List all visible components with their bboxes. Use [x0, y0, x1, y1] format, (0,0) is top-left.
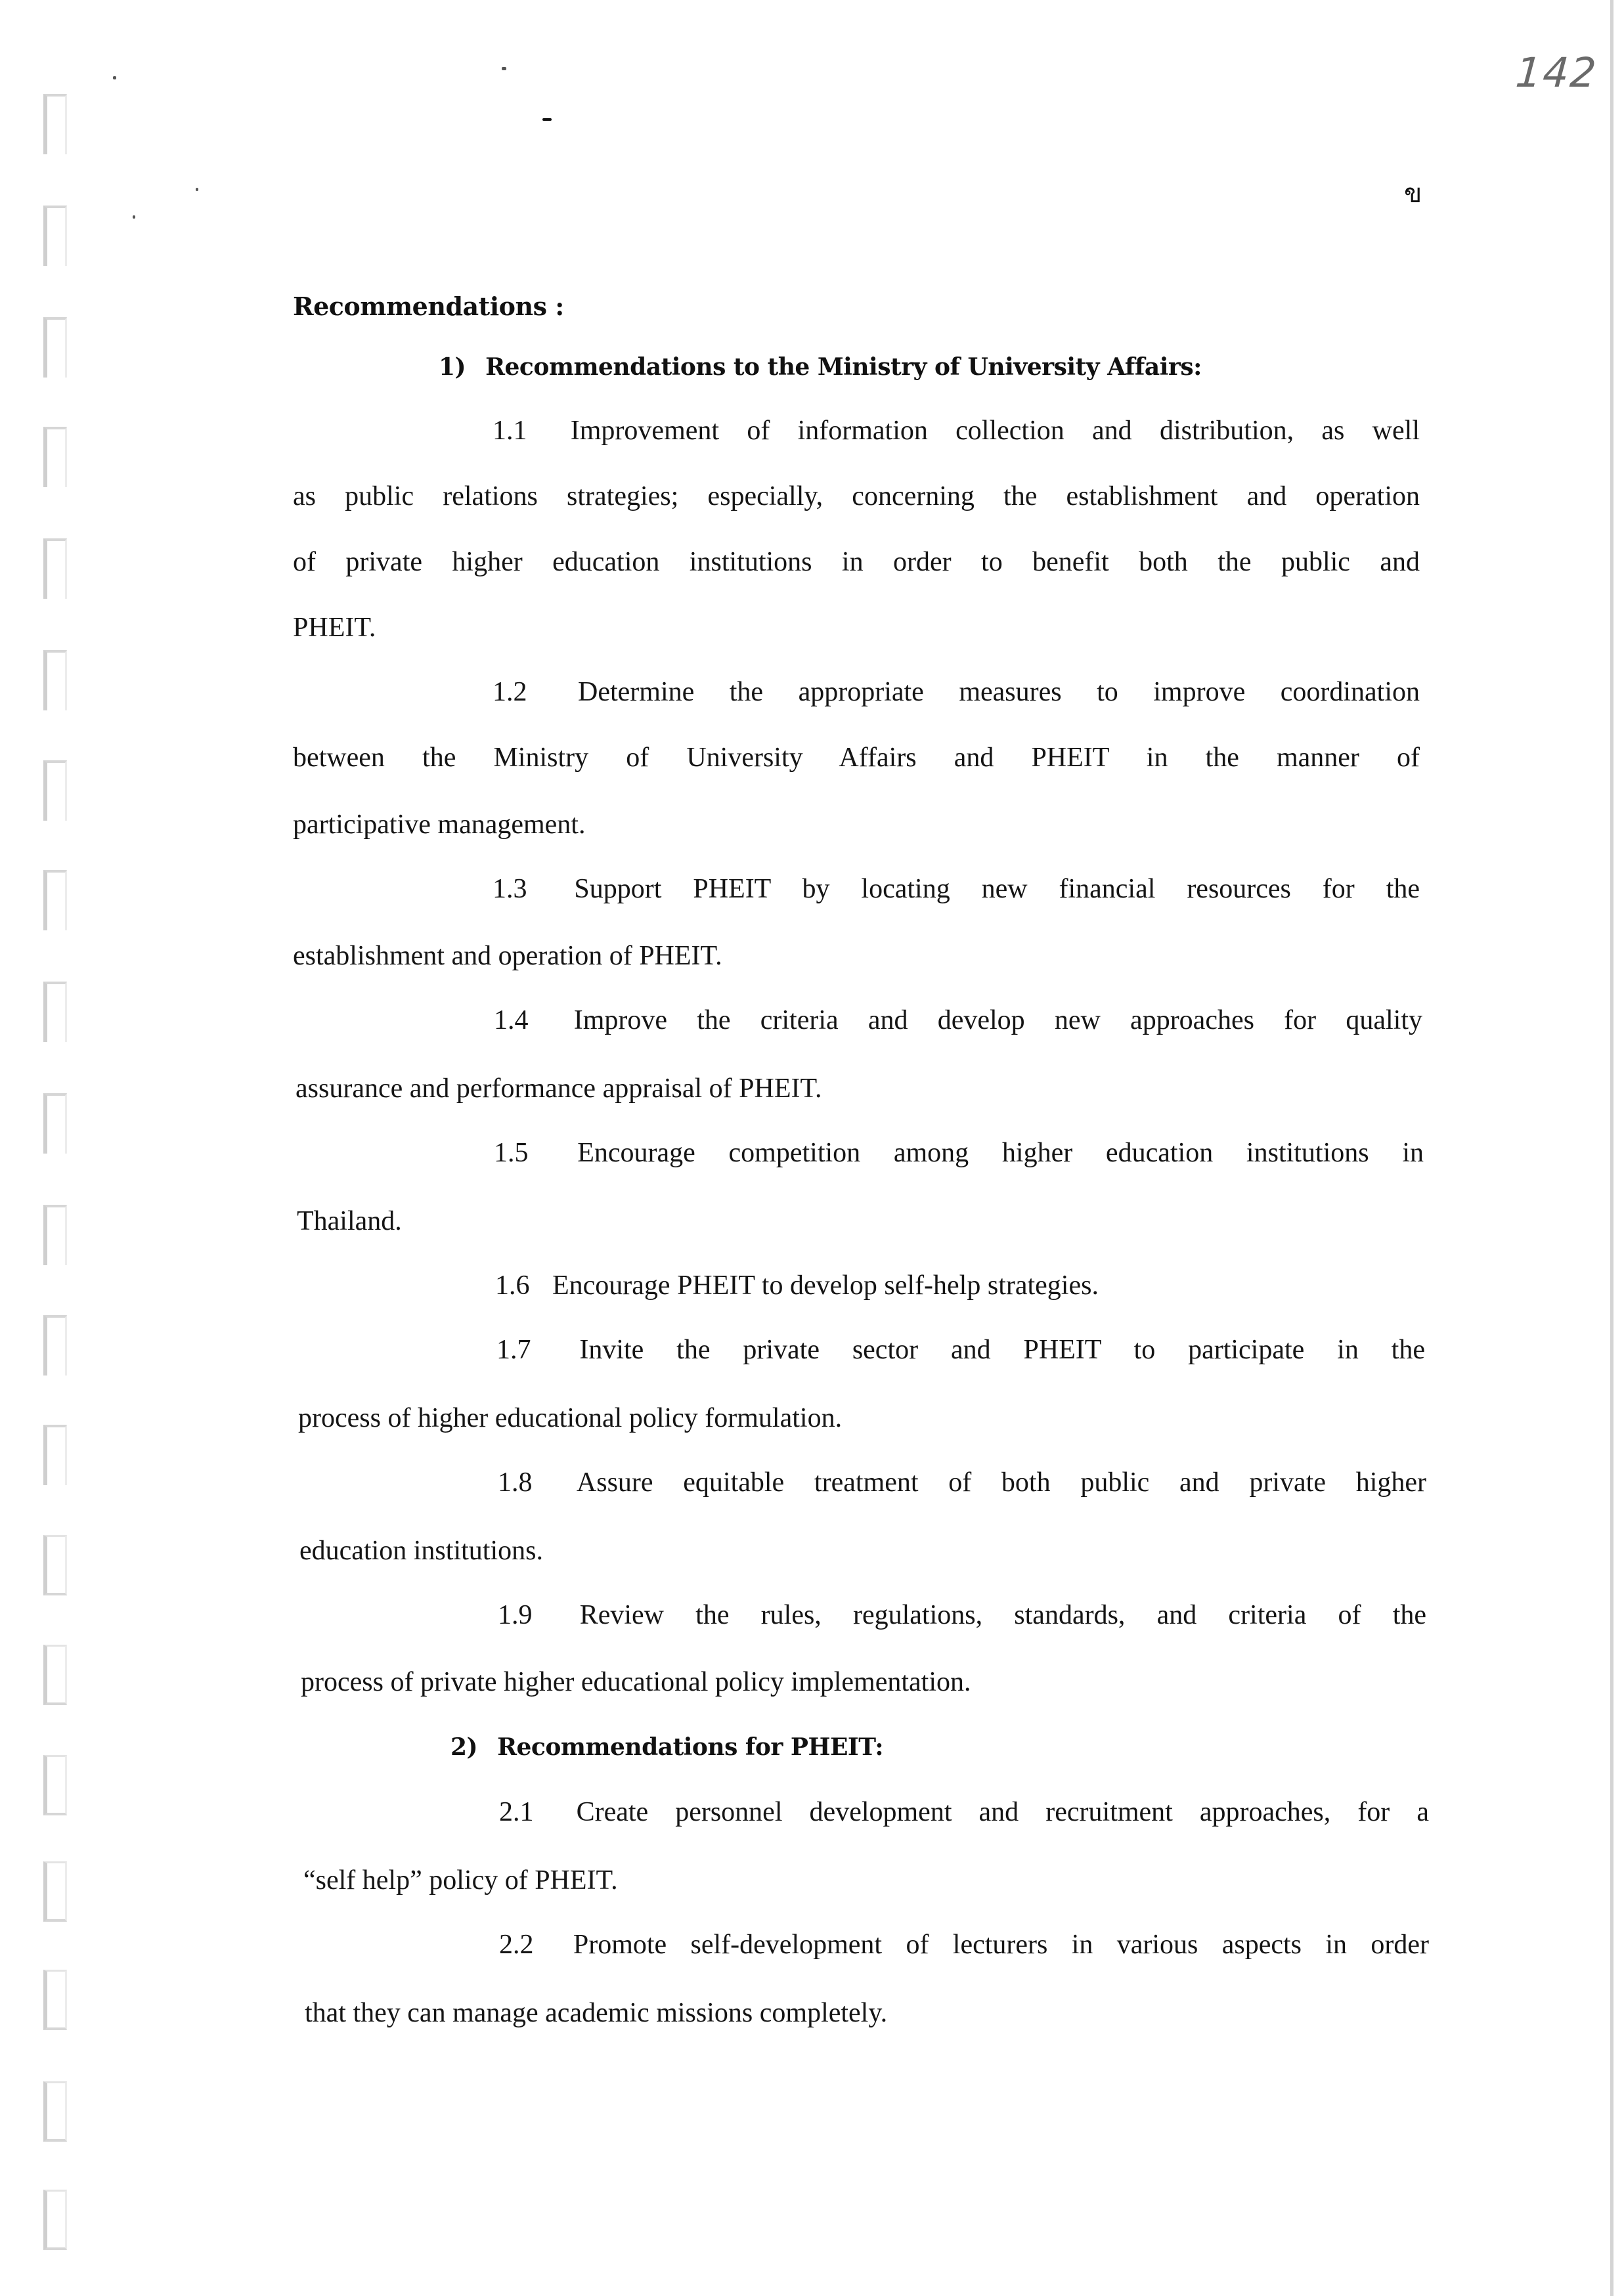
binding-hole-mark [43, 1755, 67, 1815]
binding-hole-mark [43, 1535, 67, 1595]
item-number: 2.1 [499, 1797, 534, 1827]
item-text: Encourage PHEIT to develop self-help str… [552, 1270, 1099, 1301]
binding-hole-mark [43, 317, 67, 378]
thai-page-marker: ข [1404, 172, 1422, 214]
item-text: Support PHEIT by locating new financial … [574, 874, 1420, 904]
item-1-1-line-2: as public relations strategies; especial… [293, 481, 1420, 512]
section-heading: 2)Recommendations for PHEIT: [450, 1733, 883, 1761]
item-1-9-line-2: process of private higher educational po… [301, 1666, 971, 1698]
scan-edge-line [1610, 0, 1613, 2296]
scan-speck [133, 215, 135, 219]
binding-hole-mark [43, 1425, 67, 1485]
item-2-2-line-2: that they can manage academic missions c… [305, 1997, 887, 2029]
item-1-2-line-1: 1.2 Determine the appropriate measures t… [493, 676, 1420, 708]
document-title: Recommendations : [293, 292, 564, 321]
item-1-1-line-4: PHEIT. [293, 612, 376, 643]
item-1-2-line-2: between the Ministry of University Affai… [293, 742, 1420, 773]
item-1-4-line-2: assurance and performance appraisal of P… [296, 1073, 822, 1104]
item-1-8-line-1: 1.8 Assure equitable treatment of both p… [498, 1467, 1426, 1498]
scan-speck [113, 76, 116, 79]
item-1-7-line-2: process of higher educational policy for… [298, 1402, 842, 1434]
section-heading: 1)Recommendations to the Ministry of Uni… [439, 353, 1202, 381]
item-number: 1.4 [494, 1005, 529, 1035]
section-title: Recommendations for PHEIT: [497, 1733, 883, 1761]
item-text: Invite the private sector and PHEIT to p… [579, 1335, 1425, 1365]
item-number: 2.2 [499, 1930, 534, 1960]
item-number: 1.9 [498, 1600, 533, 1630]
item-number: 1.7 [496, 1335, 531, 1365]
binding-hole-mark [43, 2190, 67, 2250]
binding-hole-mark [43, 650, 67, 710]
item-text: Determine the appropriate measures to im… [578, 677, 1420, 707]
scan-speck [542, 118, 552, 121]
binding-hole-mark [43, 1205, 67, 1265]
item-1-8-line-2: education institutions. [299, 1535, 543, 1567]
item-number: 1.5 [494, 1138, 529, 1168]
item-2-1-line-2: “self help” policy of PHEIT. [303, 1865, 618, 1896]
binding-hole-mark [43, 206, 67, 266]
binding-hole-mark [43, 1861, 67, 1922]
item-1-4-line-1: 1.4 Improve the criteria and develop new… [494, 1005, 1422, 1036]
binding-hole-mark [43, 538, 67, 599]
item-1-6-line-1: 1.6 Encourage PHEIT to develop self-help… [495, 1270, 1099, 1301]
item-1-5-line-2: Thailand. [297, 1205, 402, 1237]
binding-hole-mark [43, 870, 67, 930]
item-text: Create personnel development and recruit… [577, 1797, 1429, 1827]
binding-hole-mark [43, 1315, 67, 1375]
scan-speck [196, 188, 198, 191]
binding-hole-mark [43, 94, 67, 154]
item-text: Assure equitable treatment of both publi… [577, 1467, 1426, 1498]
item-number: 1.3 [493, 874, 527, 904]
item-1-9-line-1: 1.9 Review the rules, regulations, stand… [498, 1599, 1426, 1631]
section-title: Recommendations to the Ministry of Unive… [485, 353, 1202, 381]
binding-hole-mark [43, 1970, 67, 2030]
item-number: 1.6 [495, 1270, 530, 1301]
item-text: Encourage competition among higher educa… [577, 1138, 1424, 1168]
item-1-3-line-1: 1.3 Support PHEIT by locating new financ… [493, 873, 1420, 905]
item-text: Improve the criteria and develop new app… [574, 1005, 1422, 1035]
item-text: Review the rules, regulations, standards… [580, 1600, 1426, 1630]
item-1-1-line-3: of private higher education institutions… [293, 546, 1420, 578]
binding-hole-mark [43, 982, 67, 1042]
scanned-document-page: 142 ข Recommendations : 1)Recommendation… [0, 0, 1624, 2296]
binding-hole-mark [43, 1093, 67, 1154]
item-1-3-line-2: establishment and operation of PHEIT. [293, 940, 722, 972]
item-1-7-line-1: 1.7 Invite the private sector and PHEIT … [496, 1334, 1425, 1366]
binding-hole-mark [43, 1645, 67, 1705]
item-1-5-line-1: 1.5 Encourage competition among higher e… [494, 1137, 1424, 1169]
handwritten-page-number: 142 [1514, 49, 1598, 97]
item-text: Improvement of information collection an… [571, 416, 1420, 446]
scan-speck [502, 67, 506, 70]
item-number: 1.2 [493, 677, 527, 707]
section-number: 1) [439, 353, 466, 381]
item-2-1-line-1: 2.1 Create personnel development and rec… [499, 1796, 1429, 1828]
binding-hole-mark [43, 427, 67, 487]
item-text: Promote self-development of lecturers in… [573, 1930, 1429, 1960]
item-number: 1.8 [498, 1467, 533, 1498]
section-number: 2) [450, 1733, 477, 1761]
item-1-1-line-1: 1.1 Improvement of information collectio… [493, 415, 1420, 446]
binding-hole-mark [43, 760, 67, 821]
item-number: 1.1 [493, 416, 527, 446]
binding-hole-mark [43, 2081, 67, 2142]
item-2-2-line-1: 2.2 Promote self-development of lecturer… [499, 1929, 1429, 1960]
item-1-2-line-3: participative management. [293, 809, 585, 840]
